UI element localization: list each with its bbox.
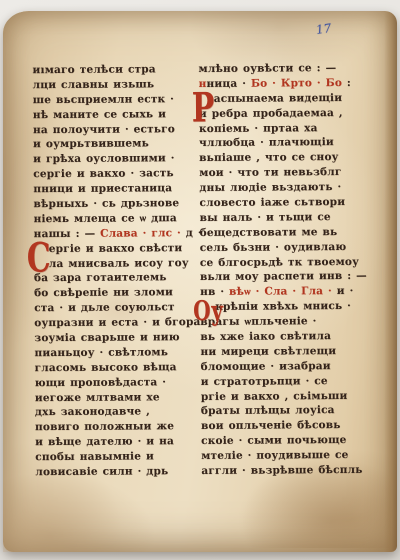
ink-text: скоіе · сыми почьюще <box>201 434 347 447</box>
ink-text: ніемь млеща се ѡ дша <box>34 212 177 225</box>
manuscript-line: повиго положныи же <box>35 419 193 435</box>
manuscript-line: и грѣха оусловшими · <box>33 151 191 167</box>
manuscript-line: словесто іаже сьтвори <box>199 195 361 211</box>
rubric-text: Бо · Крто · Бо <box>251 77 342 90</box>
manuscript-line: спобы навымніе и <box>35 449 193 465</box>
manuscript-line: ба зара готаителемь <box>34 271 192 287</box>
ink-text: нѣ маните се сыхь и <box>33 108 166 121</box>
manuscript-line: иıмаго телѣси стра <box>32 62 190 78</box>
ink-text: млѣно оувѣсти се : — <box>198 62 336 75</box>
rubric-initial: Оу <box>193 297 224 324</box>
ink-text: вы наль · и тьщи се <box>200 211 331 224</box>
manuscript-line: аспынаема видещіи <box>199 91 361 107</box>
ink-text: зоуміа сварьше и нию <box>34 331 179 344</box>
left-text-column: иıмаго телѣси стралци славны изьшьше вьс… <box>32 62 193 480</box>
manuscript-line: мтеліе · поудивыше се <box>201 448 363 464</box>
manuscript-line: аггли · вьзрѣвше бѣспль <box>201 463 363 479</box>
manuscript-line: и стратотрьпци · се <box>201 374 363 390</box>
manuscript-line: ніемь млеща се ѡ дша <box>34 211 192 227</box>
rubric-text: Слава · глс · <box>100 227 181 240</box>
ink-text: гласомь высоко вѣща <box>35 361 177 374</box>
manuscript-line: ергіе и вакхо свѣсти <box>34 241 192 257</box>
manuscript-line: врагы ѡпльченіе · <box>200 314 362 330</box>
ink-text: чллюбца · плачющіи <box>199 137 334 150</box>
manuscript-line: нница · Бо · Крто · Бо : <box>199 76 361 92</box>
manuscript-line: пници и приестаница <box>33 181 191 197</box>
ink-text: пианьцоу · свѣтломь <box>34 346 168 359</box>
ink-text: се блгосрьдѣ тк твоемоу <box>200 255 359 268</box>
ink-text: крѣпіи хвѣхь мнись · <box>215 300 351 313</box>
ink-text: вь хже іако свѣтила <box>200 330 331 343</box>
manuscript-page: 17 иıмаго телѣси стралци славны изьшьше … <box>3 11 397 552</box>
rubric-text: вѣѡ · Сла · Гла · <box>229 285 332 298</box>
ink-text: ловисавіе силн · дрь <box>35 465 168 478</box>
manuscript-line: ни миреци свѣтлещи <box>200 344 362 360</box>
ink-text: словесто іаже сьтвори <box>199 196 345 209</box>
ink-text: дхь законодавче , <box>35 406 150 419</box>
ink-text: мтеліе · поудивыше се <box>201 449 348 462</box>
ink-text: иıмаго телѣси стра <box>32 63 155 76</box>
ink-text: вьли моу распети инв : — <box>200 270 367 283</box>
ink-text: ни миреци свѣтлещи <box>200 345 336 358</box>
right-text-column: млѣно оувѣсти се : —нница · Бо · Крто · … <box>198 61 363 479</box>
ink-text: ше вьсприемлн естк · <box>33 93 174 106</box>
ink-text: аспынаема видещіи <box>214 92 343 105</box>
manuscript-line: и вѣще дателю · и на <box>35 434 193 450</box>
manuscript-line: ргіе и вакхо , сьімьши <box>201 388 363 404</box>
ink-text: ющи проповѣдаста · <box>35 376 166 389</box>
ink-text: ба зара готаителемь <box>34 272 167 285</box>
manuscript-line: зоуміа сварьше и нию <box>34 330 192 346</box>
manuscript-line: и ребра пробадаемаа , <box>199 106 361 122</box>
manuscript-line: на полоучити · естьго <box>33 122 191 138</box>
rubric-initial: С <box>27 239 51 280</box>
manuscript-line: и оумрьтвившемь <box>33 137 191 153</box>
manuscript-line: скоіе · сыми почьюще <box>201 433 363 449</box>
ink-text: и стратотрьпци · се <box>201 375 328 388</box>
manuscript-line: ловисавіе силн · дрь <box>35 464 193 480</box>
manuscript-line: вь хже іако свѣтила <box>200 329 362 345</box>
manuscript-line: сель бьзни · оудивлаю <box>200 240 362 256</box>
ink-text: вои опльченіе бѣсовь <box>201 419 341 432</box>
manuscript-line: вьли моу распети инв : — <box>200 269 362 285</box>
manuscript-line: ла мнисваль исоу гоу <box>34 256 192 272</box>
ink-text: браты плѣщы лоуіса <box>201 405 335 418</box>
rubric-initial: Р <box>192 89 215 130</box>
ink-text: сель бьзни · оудивлаю <box>200 241 347 254</box>
manuscript-line: нашы : — Слава · глс · д · <box>34 226 192 242</box>
ink-text: мои · что ти невьзблг <box>199 166 341 179</box>
ink-text: ла мнисваль исоу гоу <box>49 257 189 270</box>
manuscript-line: копіемь · пртаа ха <box>199 120 361 136</box>
manuscript-line: ше вьсприемлн естк · <box>33 92 191 108</box>
ink-text: и ребра пробадаемаа , <box>199 107 343 120</box>
ink-text: и оумрьтвившемь <box>33 138 149 151</box>
manuscript-line: бломощие · изабраи <box>201 359 363 375</box>
ink-text: вѣрныхь · сь дрьзнове <box>33 197 179 210</box>
ink-text: ергіе и вакхо свѣсти <box>49 242 183 255</box>
ink-text: бещедствовати ме вь <box>200 226 338 239</box>
manuscript-line: ста · и дьле соуюльст <box>34 300 192 316</box>
manuscript-line: бо свѣрепіе ни зломи <box>34 285 192 301</box>
manuscript-line: нв · вѣѡ · Сла · Гла · и · <box>200 284 362 300</box>
manuscript-line: вои опльченіе бѣсовь <box>201 418 363 434</box>
manuscript-line: браты плѣщы лоуіса <box>201 403 363 419</box>
ink-text: иегоже млтвами хе <box>35 391 160 404</box>
manuscript-line: чллюбца · плачющіи <box>199 135 361 151</box>
manuscript-line: вѣрныхь · сь дрьзнове <box>33 196 191 212</box>
ink-text: и вѣще дателю · и на <box>35 435 174 448</box>
ink-text: и · <box>332 285 354 297</box>
ink-text: бо свѣрепіе ни зломи <box>34 287 173 300</box>
ink-text: спобы навымніе и <box>35 450 154 463</box>
ink-text: аггли · вьзрѣвше бѣспль <box>201 464 362 477</box>
manuscript-line: дхь законодавче , <box>35 405 193 421</box>
ink-text: пници и приестаница <box>33 182 172 195</box>
ink-text: сергіе и вакхо · засть <box>33 167 174 180</box>
manuscript-line: пианьцоу · свѣтломь <box>34 345 192 361</box>
ink-text: вьпіаше , что се сноу <box>199 151 339 164</box>
manuscript-line: иегоже млтвами хе <box>35 390 193 406</box>
ink-text: на полоучити · естьго <box>33 123 175 136</box>
ink-text: дны людіе вьздають · <box>199 181 341 194</box>
manuscript-line: лци славны изьшь <box>33 77 191 93</box>
manuscript-line: вы наль · и тьщи се <box>200 210 362 226</box>
manuscript-line: вьпіаше , что се сноу <box>199 150 361 166</box>
ink-text: : <box>342 77 351 89</box>
ink-text: ста · и дьле соуюльст <box>34 301 175 314</box>
ink-text: лци славны изьшь <box>33 78 155 91</box>
ink-text: и грѣха оусловшими · <box>33 153 175 166</box>
ink-text: копіемь · пртаа ха <box>199 122 318 135</box>
manuscript-line: бещедствовати ме вь <box>200 225 362 241</box>
manuscript-line: дны людіе вьздають · <box>199 180 361 196</box>
manuscript-line: се блгосрьдѣ тк твоемоу <box>200 254 362 270</box>
manuscript-line: оупразни и еста · и бгора <box>34 315 192 331</box>
manuscript-line: ющи проповѣдаста · <box>35 375 193 391</box>
photo-background: 17 иıмаго телѣси стралци славны изьшьше … <box>0 0 400 560</box>
manuscript-line: гласомь высоко вѣща <box>35 360 193 376</box>
ink-text: повиго положныи же <box>35 421 174 434</box>
manuscript-line: сергіе и вакхо · засть <box>33 166 191 182</box>
ink-text: оупразни и еста · и бгора <box>34 316 200 329</box>
ink-text: бломощие · изабраи <box>201 360 331 373</box>
manuscript-line: мои · что ти невьзблг <box>199 165 361 181</box>
manuscript-line: нѣ маните се сыхь и <box>33 107 191 123</box>
ink-text: ргіе и вакхо , сьімьши <box>201 390 348 403</box>
manuscript-line: млѣно оувѣсти се : — <box>198 61 360 77</box>
manuscript-line: крѣпіи хвѣхь мнись · <box>200 299 362 315</box>
text-block: иıмаго телѣси стралци славны изьшьше вьс… <box>1 10 399 554</box>
ink-text: д · <box>181 227 202 239</box>
